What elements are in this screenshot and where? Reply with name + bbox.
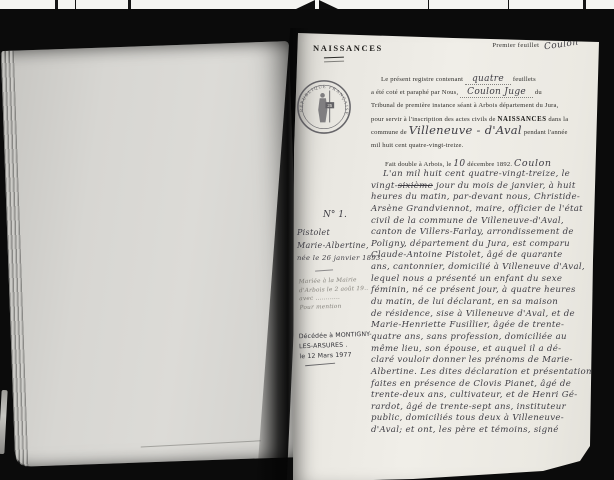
act-line: faites en présence de Clovis Pianet, âgé… xyxy=(371,376,595,388)
underline-squiggle xyxy=(305,360,335,367)
text-segment: Tribunal de première instance séant à Ar… xyxy=(371,102,558,109)
text-segment: pour servir à l'inscription des actes ci… xyxy=(371,116,498,123)
stamp-value: 25 xyxy=(327,103,332,108)
act-line: rardot, âgé de trente-sept ans, institut… xyxy=(371,399,595,411)
margin-name-line: Pistolet xyxy=(297,225,371,238)
printed-preamble: Le présent registre contenant quatre feu… xyxy=(371,70,589,168)
act-line: civil de la commune de Villeneuve-d'Aval… xyxy=(371,213,595,225)
preamble-line: mil huit cent quatre-vingt-treize. xyxy=(371,136,589,149)
act-line: ans, cantonnier, domicilié à Villeneuve … xyxy=(371,259,595,271)
text-segment: NAISSANCES xyxy=(498,116,547,123)
birth-register-page: NAISSANCES Premier feuilletCoulon RÉPUBL… xyxy=(293,30,605,480)
death-mention: Décédée à MONTIGNY-LES-ARSURES .le 12 Ma… xyxy=(298,327,373,360)
text-segment: mil huit cent quatre-vingt-treize. xyxy=(371,142,464,149)
flourish-mark xyxy=(315,267,333,271)
film-divider xyxy=(128,0,131,9)
text-segment: Le présent registre contenant xyxy=(381,76,465,83)
preamble-line: Tribunal de première instance séant à Ar… xyxy=(371,96,589,109)
text-segment: du xyxy=(533,89,542,96)
act-line: L'an mil huit cent quatre-vingt-treize, … xyxy=(371,166,595,178)
preamble-line: pour servir à l'inscription des actes ci… xyxy=(371,110,589,123)
act-number: N° 1. xyxy=(323,210,347,220)
preamble-line: a été coté et paraphé par Nous, Coulon J… xyxy=(371,83,589,96)
birth-act-text: L'an mil huit cent quatre-vingt-treize, … xyxy=(371,166,595,434)
film-edge-strip xyxy=(0,0,614,9)
act-line: Arsène Grandviennot, maire, officier de … xyxy=(371,201,595,213)
republique-francaise-stamp: RÉPUBLIQUE FRANÇAISE 25 xyxy=(295,76,353,136)
margin-name-line: Marie-Albertine, xyxy=(297,238,371,251)
title-rule xyxy=(324,57,344,63)
act-line: claré vouloir donner les prénoms de Mari… xyxy=(371,352,595,364)
text-segment: Pour mention xyxy=(299,304,341,311)
frame-marker-icon xyxy=(296,0,338,9)
text-segment: Pistolet xyxy=(297,228,330,237)
act-line: Marie-Henriette Fusillier, âgée de trent… xyxy=(371,317,595,329)
microfilm-scan: NAISSANCES Premier feuilletCoulon RÉPUBL… xyxy=(0,0,614,480)
text-segment: a été coté et paraphé par Nous, xyxy=(371,89,460,96)
act-line: lequel nous a présenté un enfant du sexe xyxy=(371,271,595,283)
act-line: de résidence, sise à Villeneuve d'Aval, … xyxy=(371,306,595,318)
text-segment: feuillets xyxy=(511,76,536,83)
judge-paraph: Coulon xyxy=(544,38,580,53)
text-segment: dans la xyxy=(547,116,569,123)
act-line: Albertine. Les dites déclaration et prés… xyxy=(371,364,595,376)
act-line: Poligny, département du Jura, est compar… xyxy=(371,236,595,248)
marker-triangle-left xyxy=(296,0,315,9)
act-line: même lieu, son épouse, et auquel il a dé… xyxy=(371,341,595,353)
folio-label: Premier feuillet xyxy=(492,42,539,49)
act-line: vingt-sixième jour du mois de janvier, à… xyxy=(371,178,595,190)
text-segment: d'Aval; et ont, les père et témoins, sig… xyxy=(371,425,559,435)
act-line: trente-deux ans, cultivateur, et de Henr… xyxy=(371,387,595,399)
film-divider xyxy=(75,0,76,9)
act-line: du matin, de lui déclarant, en sa maison xyxy=(371,294,595,306)
text-segment: Marie-Albertine, xyxy=(297,241,369,250)
text-segment: Villeneuve - d'Aval xyxy=(409,123,522,137)
margin-name-line: née le 26 janvier 1893. xyxy=(297,250,371,263)
blank-verso-page xyxy=(1,41,303,467)
marriage-mention: Mariée à la Mairied'Arbois le 2 août 19.… xyxy=(298,273,369,310)
text-segment: le 12 Mars 1977 xyxy=(299,351,351,360)
marriage-mention-line: Pour mention xyxy=(299,299,369,310)
film-divider xyxy=(55,0,58,9)
folio-header: Premier feuilletCoulon xyxy=(492,40,579,50)
film-divider xyxy=(508,0,509,9)
preamble-line: Le présent registre contenant quatre feu… xyxy=(371,70,589,83)
act-line: féminin, né ce présent jour, à quatre he… xyxy=(371,282,595,294)
marker-triangle-right xyxy=(319,0,338,9)
page-edge-sliver xyxy=(0,390,8,454)
act-line: Claude-Antoine Pistolet, âgé de quarante xyxy=(371,247,595,259)
act-line: canton de Villers-Farlay, arrondissement… xyxy=(371,224,595,236)
text-segment: commune de xyxy=(371,129,409,136)
film-divider xyxy=(583,0,586,9)
act-line: quatre ans, sans profession, domiciliée … xyxy=(371,329,595,341)
act-line: d'Aval; et ont, les père et témoins, sig… xyxy=(371,422,595,434)
preamble-line: commune de Villeneuve - d'Aval pendant l… xyxy=(371,123,589,136)
film-divider xyxy=(428,0,429,9)
paper-crease xyxy=(141,440,261,447)
page-title: NAISSANCES xyxy=(313,43,383,53)
margin-name-note: PistoletMarie-Albertine,née le 26 janvie… xyxy=(297,225,371,263)
act-line: public, domiciliés tous deux à Villeneuv… xyxy=(371,410,595,422)
act-line: heures du matin, par-devant nous, Christ… xyxy=(371,189,595,201)
death-mention-line: le 12 Mars 1977 xyxy=(299,347,373,360)
text-segment: pendant l'année xyxy=(522,129,568,136)
